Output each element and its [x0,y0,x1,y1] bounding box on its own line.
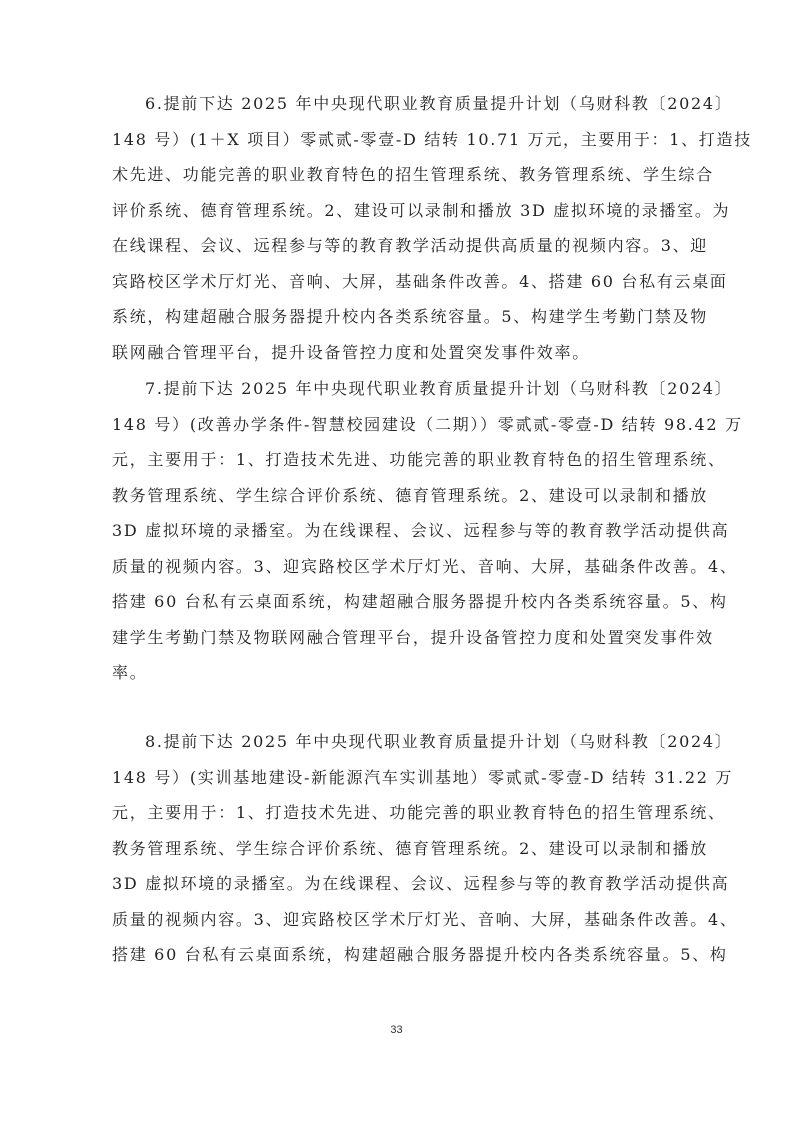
paragraph-item-8: 8.提前下达 2025 年中央现代职业教育质量提升计划（乌财科教〔2024〕 1… [112,724,697,973]
text-line: 系统，构建超融合服务器提升校内各类系统容量。5、构建学生考勤门禁及物 [112,299,697,335]
text-line: 148 号）(1＋X 项目）零贰贰-零壹-D 结转 10.71 万元，主要用于：… [112,122,697,158]
page-number: 33 [0,1024,793,1036]
text-line: 教务管理系统、学生综合评价系统、德育管理系统。2、建设可以录制和播放 [112,831,697,867]
document-page: 6.提前下达 2025 年中央现代职业教育质量提升计划（乌财科教〔2024〕 1… [0,0,793,1122]
text-line: 3D 虚拟环境的录播室。为在线课程、会议、远程参与等的教育教学活动提供高 [112,866,697,902]
text-line: 6.提前下达 2025 年中央现代职业教育质量提升计划（乌财科教〔2024〕 [112,86,697,122]
text-line: 在线课程、会议、远程参与等的教育教学活动提供高质量的视频内容。3、迎 [112,228,697,264]
text-line: 术先进、功能完善的职业教育特色的招生管理系统、教务管理系统、学生综合 [112,157,697,193]
text-line: 教务管理系统、学生综合评价系统、德育管理系统。2、建设可以录制和播放 [112,478,697,514]
text-line: 搭建 60 台私有云桌面系统，构建超融合服务器提升校内各类系统容量。5、构 [112,937,697,973]
text-line: 搭建 60 台私有云桌面系统，构建超融合服务器提升校内各类系统容量。5、构 [112,584,697,620]
text-line: 8.提前下达 2025 年中央现代职业教育质量提升计划（乌财科教〔2024〕 [112,724,697,760]
text-line: 评价系统、德育管理系统。2、建设可以录制和播放 3D 虚拟环境的录播室。为 [112,193,697,229]
text-line: 宾路校区学术厅灯光、音响、大屏，基础条件改善。4、搭建 60 台私有云桌面 [112,264,697,300]
text-line: 率。 [112,655,697,691]
paragraph-item-6: 6.提前下达 2025 年中央现代职业教育质量提升计划（乌财科教〔2024〕 1… [112,86,697,370]
text-line: 元，主要用于：1、打造技术先进、功能完善的职业教育特色的招生管理系统、 [112,442,697,478]
text-line: 建学生考勤门禁及物联网融合管理平台，提升设备管控力度和处置突发事件效 [112,620,697,656]
text-line: 148 号）(改善办学条件-智慧校园建设（二期））零贰贰-零壹-D 结转 98.… [112,407,697,443]
text-line: 联网融合管理平台，提升设备管控力度和处置突发事件效率。 [112,335,697,371]
text-line: 元，主要用于：1、打造技术先进、功能完善的职业教育特色的招生管理系统、 [112,795,697,831]
text-line: 质量的视频内容。3、迎宾路校区学术厅灯光、音响、大屏，基础条件改善。4、 [112,549,697,585]
text-line: 质量的视频内容。3、迎宾路校区学术厅灯光、音响、大屏，基础条件改善。4、 [112,902,697,938]
paragraph-item-7: 7.提前下达 2025 年中央现代职业教育质量提升计划（乌财科教〔2024〕 1… [112,371,697,691]
text-line: 3D 虚拟环境的录播室。为在线课程、会议、远程参与等的教育教学活动提供高 [112,513,697,549]
text-line: 148 号）(实训基地建设-新能源汽车实训基地）零贰贰-零壹-D 结转 31.2… [112,760,697,796]
text-line: 7.提前下达 2025 年中央现代职业教育质量提升计划（乌财科教〔2024〕 [112,371,697,407]
